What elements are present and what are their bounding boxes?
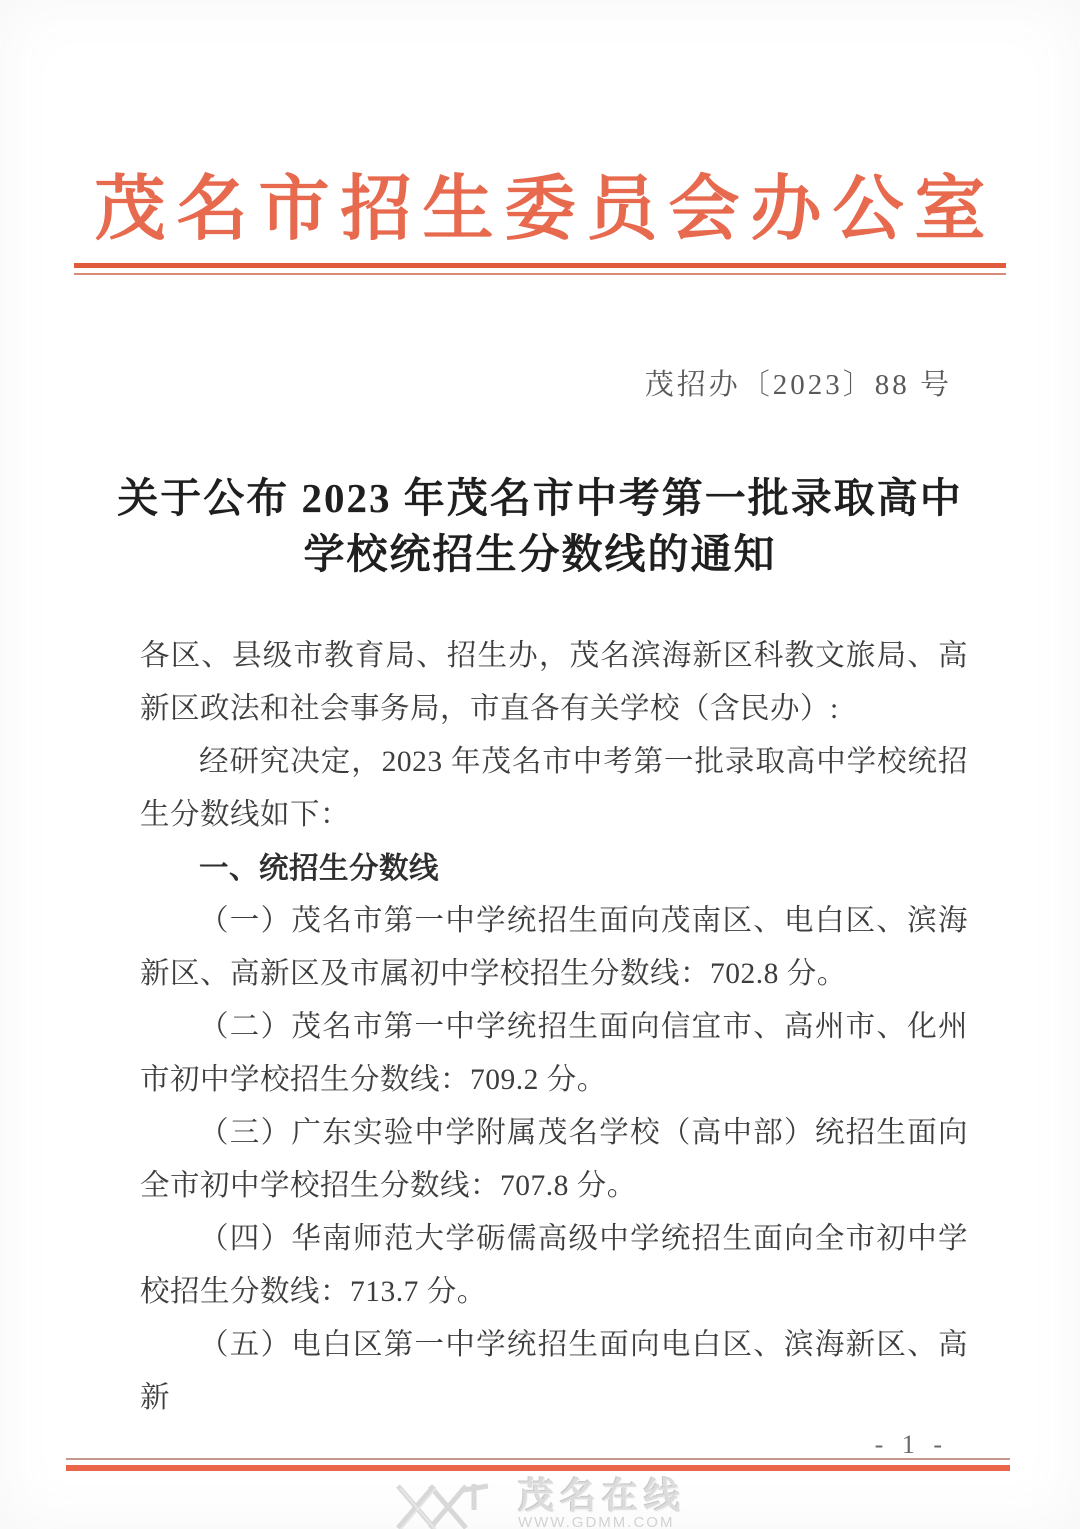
watermark-text: 茂名在线 WWW.GDMM.COM xyxy=(518,1478,686,1529)
score-item-5: （五）电白区第一中学统招生面向电白区、滨海新区、高新 xyxy=(140,1319,968,1425)
document-number: 茂招办〔2023〕88 号 xyxy=(645,362,952,403)
document-body: 各区、县级市教育局、招生办，茂名滨海新区科教文旅局、高新区政法和社会事务局，市直… xyxy=(140,630,968,1425)
document-title-line2: 学校统招生分数线的通知 xyxy=(0,526,1080,582)
footer-rule-thick xyxy=(66,1465,1010,1471)
recipients-paragraph: 各区、县级市教育局、招生办，茂名滨海新区科教文旅局、高新区政法和社会事务局，市直… xyxy=(140,630,968,736)
document-page: 茂名市招生委员会办公室 茂招办〔2023〕88 号 关于公布 2023 年茂名市… xyxy=(0,0,1080,1529)
watermark-site-url: WWW.GDMM.COM xyxy=(518,1514,674,1529)
letterhead-org-title: 茂名市招生委员会办公室 xyxy=(0,152,1080,254)
letterhead-rule-thick xyxy=(74,263,1006,268)
score-item-4: （四）华南师范大学砺儒高级中学统招生面向全市初中学校招生分数线：713.7 分。 xyxy=(140,1213,968,1319)
score-item-2: （二）茂名市第一中学统招生面向信宜市、高州市、化州市初中学校招生分数线：709.… xyxy=(140,1001,968,1107)
letterhead-rule-thin xyxy=(74,273,1006,275)
section-heading: 一、统招生分数线 xyxy=(140,842,968,895)
watermark: 茂名在线 WWW.GDMM.COM xyxy=(0,1478,1080,1529)
score-item-1: （一）茂名市第一中学统招生面向茂南区、电白区、滨海新区、高新区及市属初中学校招生… xyxy=(140,895,968,1001)
document-title-line1: 关于公布 2023 年茂名市中考第一批录取高中 xyxy=(0,470,1080,526)
watermark-site-name: 茂名在线 xyxy=(518,1478,686,1514)
document-title: 关于公布 2023 年茂名市中考第一批录取高中 学校统招生分数线的通知 xyxy=(0,470,1080,582)
page-number: - 1 - xyxy=(875,1430,948,1460)
footer-rule-thin xyxy=(66,1458,1010,1460)
intro-paragraph: 经研究决定，2023 年茂名市中考第一批录取高中学校统招生分数线如下： xyxy=(140,736,968,842)
watermark-logo-icon xyxy=(394,1480,504,1529)
score-item-3: （三）广东实验中学附属茂名学校（高中部）统招生面向全市初中学校招生分数线：707… xyxy=(140,1107,968,1213)
